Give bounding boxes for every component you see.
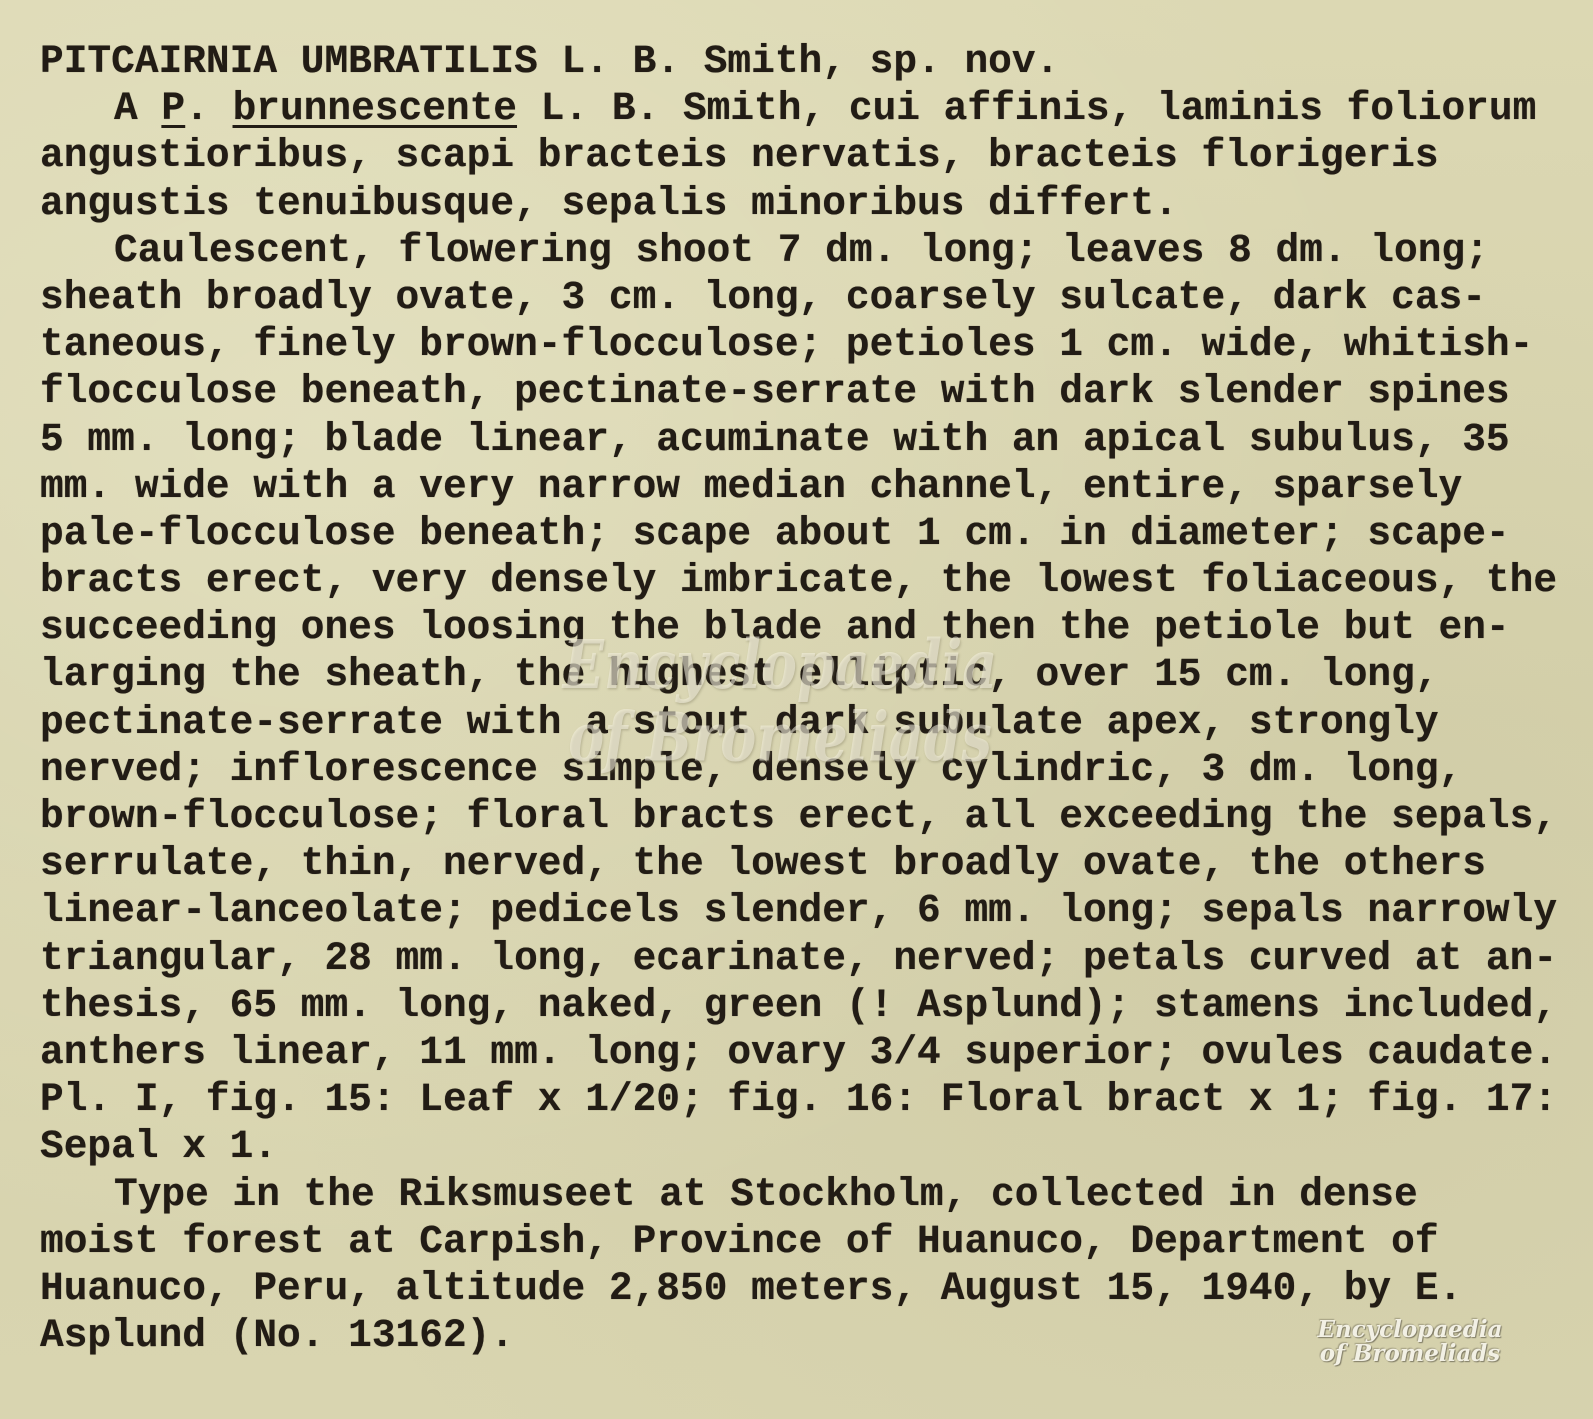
description-line: taneous, finely brown-flocculose; petiol… [40, 321, 1580, 368]
description-line: nerved; inflorescence simple, densely cy… [40, 746, 1580, 793]
description-line: serrulate, thin, nerved, the lowest broa… [40, 840, 1580, 887]
description-line: mm. wide with a very narrow median chann… [40, 463, 1580, 510]
latin-prefix: A [114, 86, 161, 131]
species-title: PITCAIRNIA UMBRATILIS L. B. Smith, sp. n… [40, 38, 1580, 85]
description-line: linear-lanceolate; pedicels slender, 6 m… [40, 887, 1580, 934]
type-line: Type in the Riksmuseet at Stockholm, col… [40, 1171, 1580, 1218]
description-paragraph: Caulescent, flowering shoot 7 dm. long; … [40, 227, 1580, 1171]
description-line: brown-flocculose; floral bracts erect, a… [40, 793, 1580, 840]
compared-species-name: brunnescente [233, 86, 517, 131]
type-line: Asplund (No. 13162). [40, 1312, 1580, 1359]
description-line: flocculose beneath, pectinate-serrate wi… [40, 368, 1580, 415]
description-line: thesis, 65 mm. long, naked, green (! Asp… [40, 982, 1580, 1029]
latin-after-genus: . [185, 86, 232, 131]
description-line: Caulescent, flowering shoot 7 dm. long; … [40, 227, 1580, 274]
description-line: larging the sheath, the highest elliptic… [40, 651, 1580, 698]
type-line: Huanuco, Peru, altitude 2,850 meters, Au… [40, 1265, 1580, 1312]
typescript-page: PITCAIRNIA UMBRATILIS L. B. Smith, sp. n… [40, 38, 1580, 1359]
description-line: 5 mm. long; blade linear, acuminate with… [40, 416, 1580, 463]
latin-suffix: L. B. Smith, cui affinis, laminis folior… [517, 86, 1536, 131]
genus-abbreviation: P [161, 86, 185, 131]
figure-reference-line: Pl. I, fig. 15: Leaf x 1/20; fig. 16: Fl… [40, 1076, 1580, 1123]
latin-diagnosis-line: angustis tenuibusque, sepalis minoribus … [40, 180, 1580, 227]
description-line: sheath broadly ovate, 3 cm. long, coarse… [40, 274, 1580, 321]
description-line: anthers linear, 11 mm. long; ovary 3/4 s… [40, 1029, 1580, 1076]
description-line: pectinate-serrate with a stout dark subu… [40, 699, 1580, 746]
latin-diagnosis-line: A P. brunnescente L. B. Smith, cui affin… [40, 85, 1580, 132]
type-specimen-paragraph: Type in the Riksmuseet at Stockholm, col… [40, 1171, 1580, 1360]
latin-diagnosis-line: angustioribus, scapi bracteis nervatis, … [40, 132, 1580, 179]
description-line: triangular, 28 mm. long, ecarinate, nerv… [40, 935, 1580, 982]
description-line: bracts erect, very densely imbricate, th… [40, 557, 1580, 604]
description-line: pale-flocculose beneath; scape about 1 c… [40, 510, 1580, 557]
type-line: moist forest at Carpish, Province of Hua… [40, 1218, 1580, 1265]
figure-reference-line: Sepal x 1. [40, 1123, 1580, 1170]
description-line: succeeding ones loosing the blade and th… [40, 604, 1580, 651]
